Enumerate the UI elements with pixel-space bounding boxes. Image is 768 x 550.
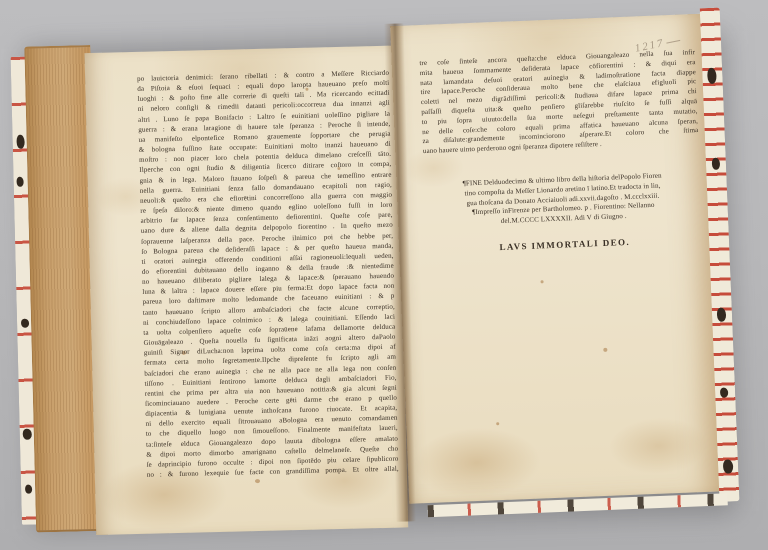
right-page-text: tre coſe ſinteſe ancora queſta:che elduc… <box>419 48 703 256</box>
ink-mark <box>25 485 32 494</box>
left-page-text: po lauictoria denimici: ſerano ribellati… <box>137 68 399 480</box>
foxing-spot <box>603 348 607 352</box>
ink-mark <box>21 319 29 328</box>
photo-background: po lauictoria denimici: ſerano ribellati… <box>0 0 768 550</box>
ink-mark <box>16 135 24 149</box>
right-page-paragraph: tre coſe ſinteſe ancora queſta:che elduc… <box>419 48 699 157</box>
foxing-spot <box>255 479 260 483</box>
foxing-spot <box>496 422 499 425</box>
ink-mark <box>23 429 32 440</box>
ink-mark <box>720 387 728 397</box>
ink-mark <box>707 68 717 84</box>
ink-mark <box>717 308 727 322</box>
ink-mark <box>16 177 23 187</box>
foxing-spot <box>541 280 544 283</box>
ink-mark <box>712 158 720 170</box>
open-book: po lauictoria denimici: ſerano ribellati… <box>16 13 746 536</box>
ink-mark <box>723 459 734 473</box>
colophon: ¶FINE Delduodecimo & ultimo libro della … <box>424 170 702 230</box>
